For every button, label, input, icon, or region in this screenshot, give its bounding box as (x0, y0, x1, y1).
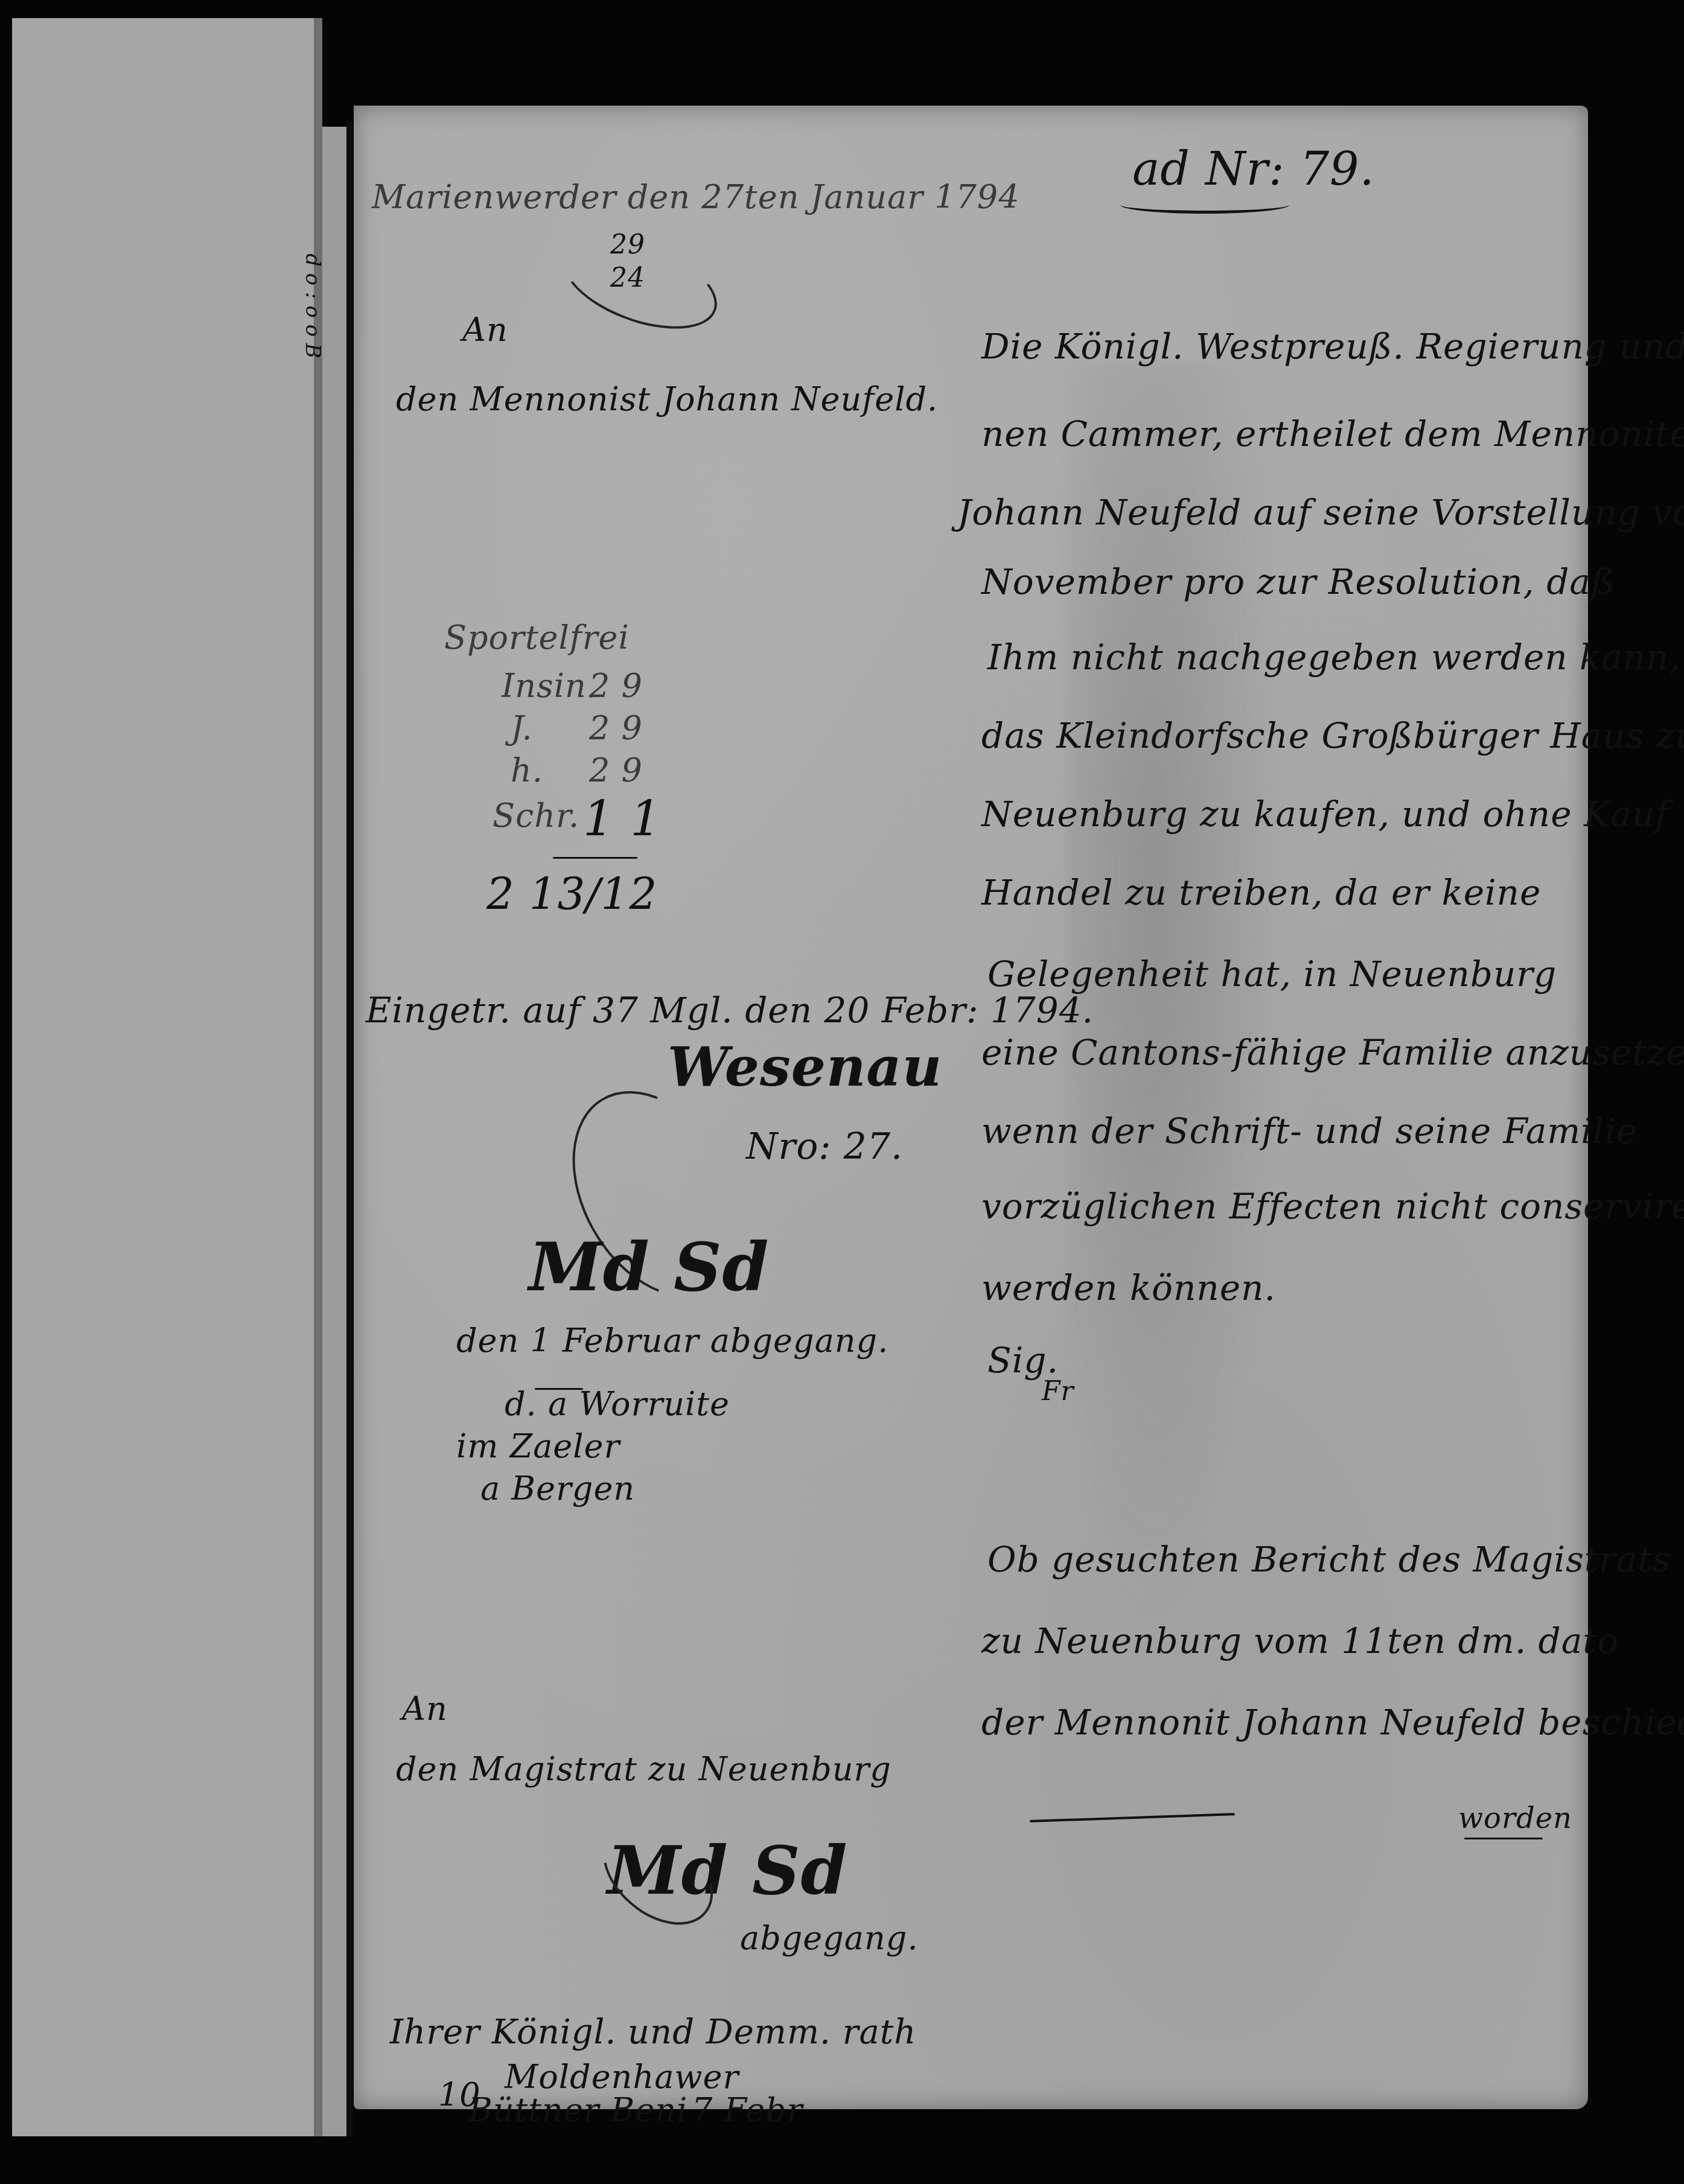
dispatch-line: a Bergen (480, 1469, 635, 1507)
dispatch-line: den 1 Februar abgegang. (456, 1322, 888, 1360)
body-line: eine Cantons-fähige Familie anzusetzen, (981, 1032, 1684, 1073)
addressee: den Mennonist Johann Neufeld. (396, 380, 938, 418)
body-line: der Mennonit Johann Neufeld beschieden (981, 1702, 1684, 1743)
water-stain (1066, 365, 1283, 1632)
manuscript-page: Marienwerder den 27ten Januar 1794 29 24… (354, 106, 1588, 2109)
body-line: zu Neuenburg vom 11ten dm. dato (981, 1620, 1619, 1661)
footer-line-1: Ihrer Königl. und Demm. rath (390, 2013, 916, 2052)
fee-list-title: Sportelfrei (444, 619, 630, 657)
closing-rule (1030, 1813, 1235, 1823)
registry-signature: Wesenau (668, 1035, 942, 1099)
final-word-underline (1464, 1838, 1543, 1839)
folded-flap (12, 18, 322, 2136)
fee-row-value: 2 9 (589, 709, 643, 747)
body-line: November pro zur Resolution, daß (981, 561, 1615, 602)
initials-2-note: abgegang. (740, 1919, 919, 1957)
fee-row-value: 2 9 (589, 751, 643, 789)
registry-number: Nro: 27. (746, 1125, 903, 1168)
fee-row-label: Insin. (502, 667, 598, 705)
final-word: worden (1458, 1801, 1572, 1835)
body-line: Gelegenheit hat, in Neuenburg (987, 954, 1557, 995)
body-line: werden können. (981, 1267, 1276, 1308)
fee-total-rule (553, 857, 637, 859)
body-line: Neuenburg zu kaufen, und ohne Kauf (981, 794, 1669, 835)
reference-number: ad Nr: 79. (1132, 142, 1375, 196)
mark-fr: Fr (1042, 1376, 1074, 1407)
addressee-prefix: An (462, 311, 508, 349)
binding-line (346, 121, 352, 2136)
second-addressee: den Magistrat zu Neuenburg (396, 1750, 891, 1788)
body-line: Handel zu treiben, da er keine (981, 872, 1541, 913)
fee-row-label: Schr. (493, 797, 579, 835)
place-date: Marienwerder den 27ten Januar 1794 (372, 178, 1020, 216)
second-addressee-prefix: An (402, 1690, 448, 1728)
body-line: das Kleindorfsche Großbürger Haus zu (981, 715, 1684, 756)
fee-row-value: 2 9 (589, 667, 643, 705)
body-line: Johann Neufeld auf seine Vorstellung vom… (957, 492, 1684, 533)
dispatch-line: d. a Worruite (505, 1385, 730, 1423)
fee-row-label: h. (511, 751, 543, 789)
margin-strip-marks: d o : o o B (325, 253, 349, 917)
body-line: nen Cammer, ertheilet dem Mennoniten (981, 413, 1684, 454)
body-line: vorzüglichen Effecten nicht conserviret (981, 1186, 1684, 1227)
body-line: Die Königl. Westpreuß. Regierung und Dom… (981, 326, 1684, 367)
closing-sig: Sig. (987, 1340, 1059, 1381)
footer-line-2: Moldenhawer (505, 2058, 739, 2096)
body-line: wenn der Schrift- und seine Familie (981, 1110, 1638, 1151)
registry-note: Eingetr. auf 37 Mgl. den 20 Febr: 1794. (366, 990, 1094, 1031)
reference-underline (1120, 196, 1289, 214)
fee-total: 2 13/12 (486, 869, 657, 920)
dispatch-line: im Zaeler (456, 1427, 620, 1465)
fee-row-value: 1 1 (583, 791, 662, 847)
body-line: Ihm nicht nachgegeben werden kann, (987, 637, 1681, 678)
fee-row-label: J. (511, 709, 533, 747)
footer-line-3: Büttner Beni (468, 2091, 687, 2129)
footer-date: 7 Febr (692, 2091, 803, 2129)
initials-1: Md Sd (529, 1228, 769, 1306)
body-line: Ob gesuchten Bericht des Magistrats (987, 1539, 1671, 1580)
